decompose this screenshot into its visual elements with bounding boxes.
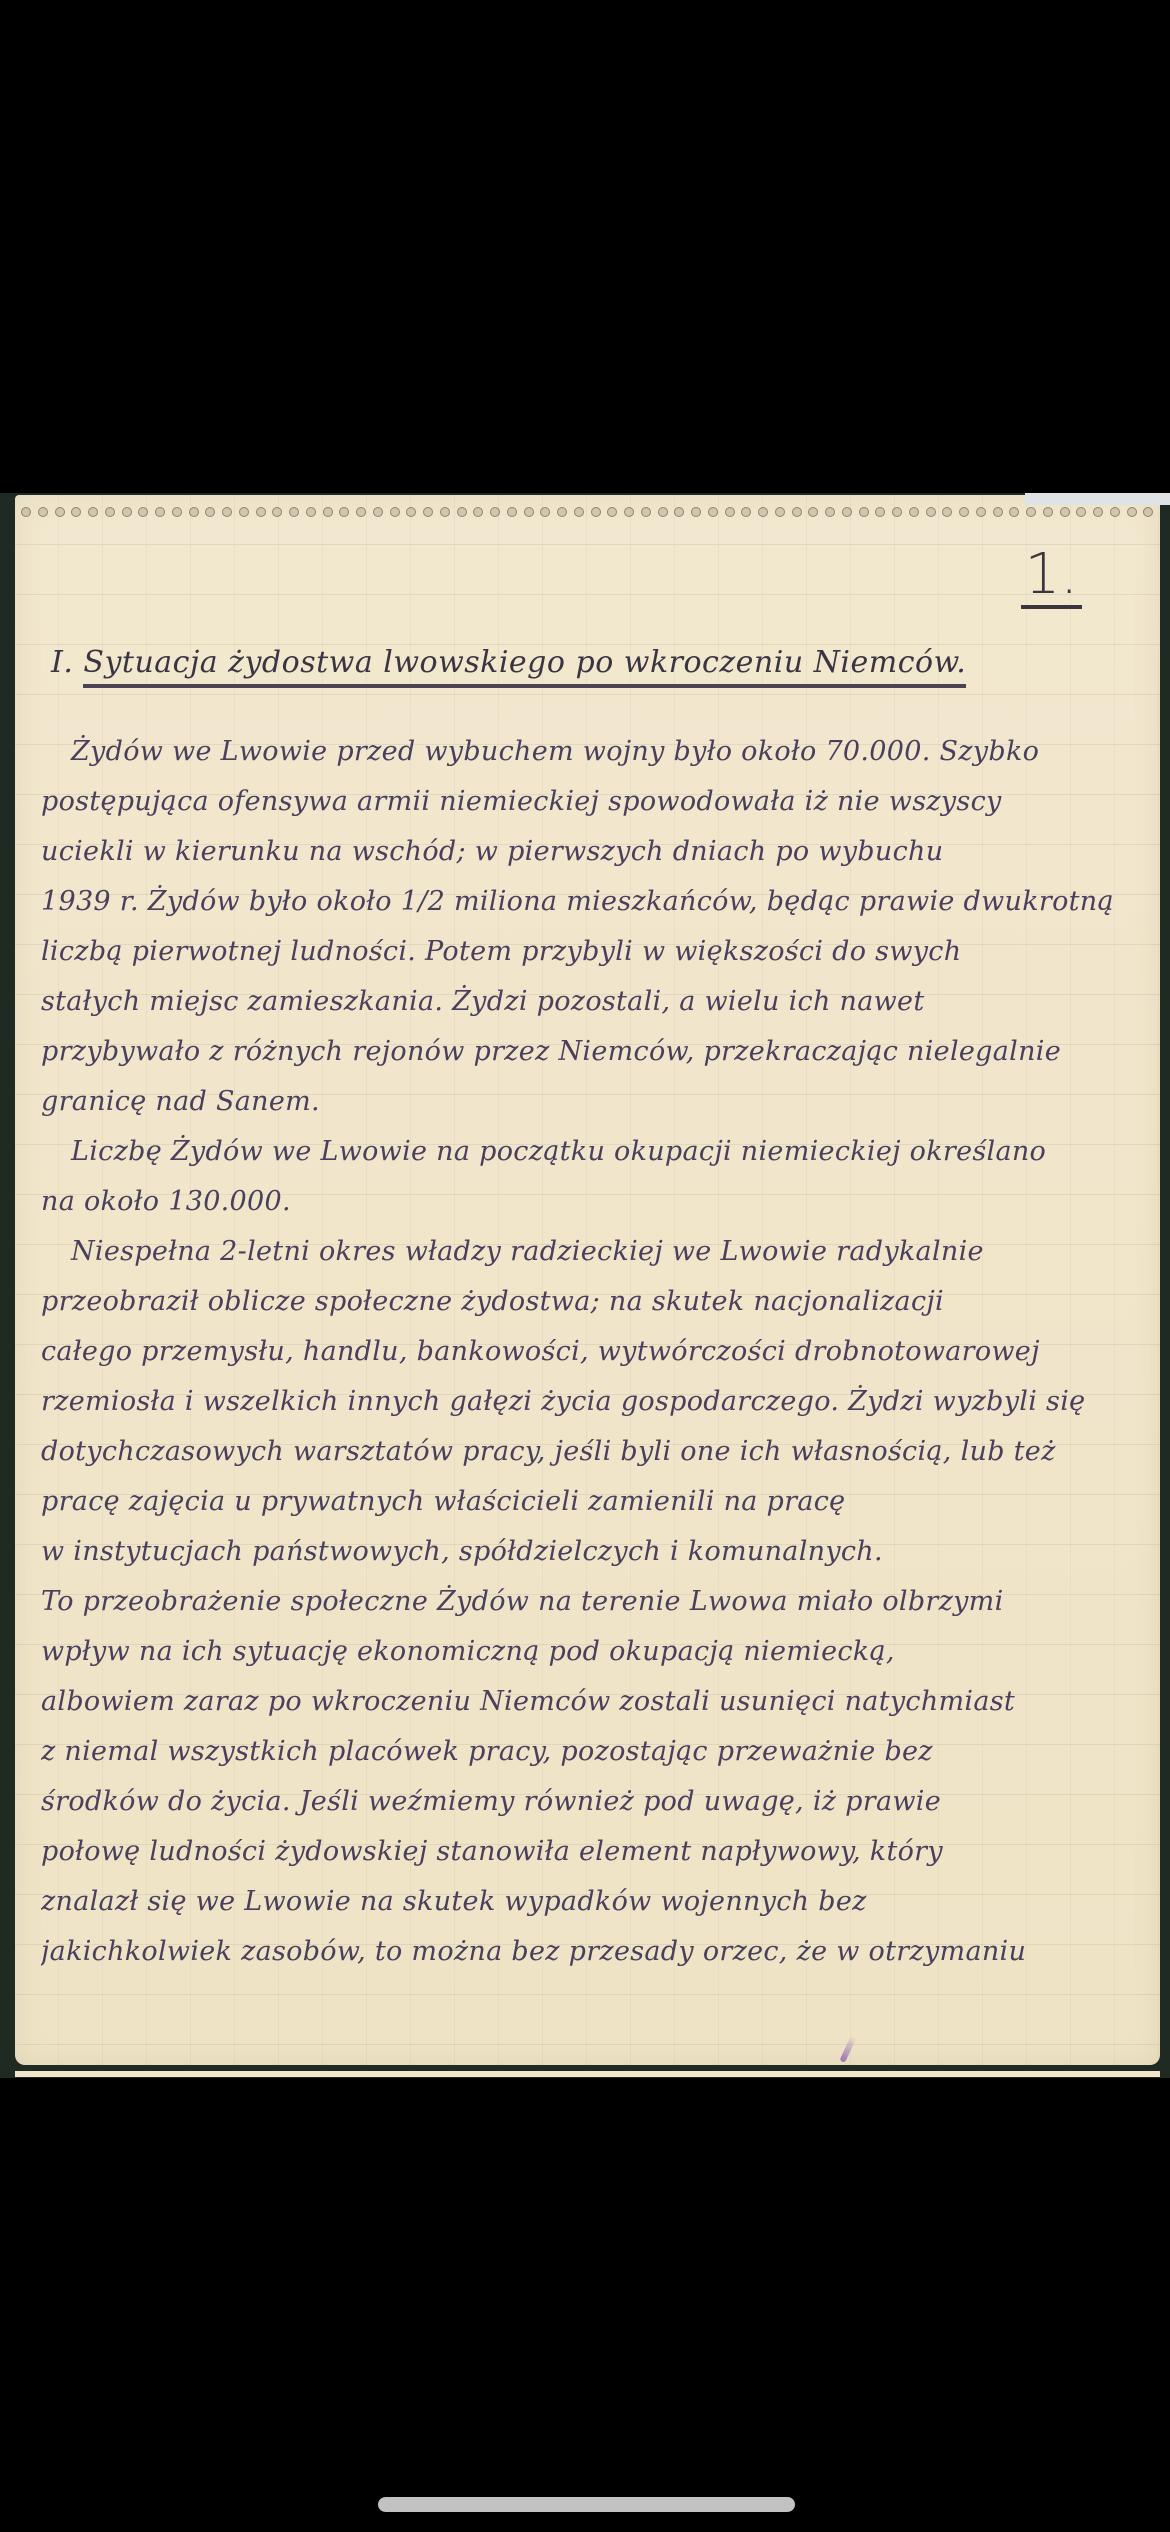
handwritten-body: Żydów we Lwowie przed wybuchem wojny był… (41, 727, 1151, 1977)
section-numeral: I. (51, 645, 73, 680)
text-line: rzemiosła i wszelkich innych gałęzi życi… (41, 1377, 1151, 1427)
text-line: znalazł się we Lwowie na skutek wypadków… (41, 1877, 1151, 1927)
spiral-perforation (21, 505, 1154, 519)
text-line: Liczbę Żydów we Lwowie na początku okupa… (41, 1127, 1151, 1177)
text-line: postępująca ofensywa armii niemieckiej s… (41, 777, 1151, 827)
text-line: Niespełna 2-letni okres władzy radziecki… (41, 1227, 1151, 1277)
ink-stain (839, 2035, 856, 2063)
text-line: uciekli w kierunku na wschód; w pierwszy… (41, 827, 1151, 877)
next-page-edge (15, 2071, 1160, 2077)
text-line: albowiem zaraz po wkroczeniu Niemców zos… (41, 1677, 1151, 1727)
text-line: liczbą pierwotnej ludności. Potem przyby… (41, 927, 1151, 977)
text-line: przeobraził oblicze społeczne żydostwa; … (41, 1277, 1151, 1327)
text-line: połowę ludności żydowskiej stanowiła ele… (41, 1827, 1151, 1877)
text-line: granicę nad Sanem. (41, 1077, 1151, 1127)
text-line: 1939 r. Żydów było około 1/2 miliona mie… (41, 877, 1151, 927)
text-line: wpływ na ich sytuację ekonomiczną pod ok… (41, 1627, 1151, 1677)
text-line: środków do życia. Jeśli weźmiemy również… (41, 1777, 1151, 1827)
section-title: Sytuacja żydostwa lwowskiego po wkroczen… (83, 645, 966, 688)
text-line: przybywało z różnych rejonów przez Niemc… (41, 1027, 1151, 1077)
text-line: To przeobrażenie społeczne Żydów na tere… (41, 1577, 1151, 1627)
text-line: pracę zajęcia u prywatnych właścicieli z… (41, 1477, 1151, 1527)
text-line: jakichkolwiek zasobów, to można bez prze… (41, 1927, 1151, 1977)
document-photo[interactable]: 1. I.Sytuacja żydostwa lwowskiego po wkr… (0, 493, 1170, 2078)
document-viewer: 1. I.Sytuacja żydostwa lwowskiego po wkr… (0, 0, 1170, 2532)
text-line: stałych miejsc zamieszkania. Żydzi pozos… (41, 977, 1151, 1027)
section-heading: I.Sytuacja żydostwa lwowskiego po wkrocz… (51, 645, 1031, 680)
text-line: w instytucjach państwowych, spółdzielczy… (41, 1527, 1151, 1577)
text-line: całego przemysłu, handlu, bankowości, wy… (41, 1327, 1151, 1377)
home-indicator[interactable] (378, 2497, 795, 2512)
page-number: 1. (1021, 547, 1082, 609)
text-line: Żydów we Lwowie przed wybuchem wojny był… (41, 727, 1151, 777)
text-line: z niemal wszystkich placówek pracy, pozo… (41, 1727, 1151, 1777)
text-line: dotychczasowych warsztatów pracy, jeśli … (41, 1427, 1151, 1477)
text-line: na około 130.000. (41, 1177, 1151, 1227)
notebook-page: 1. I.Sytuacja żydostwa lwowskiego po wkr… (15, 495, 1160, 2065)
paper-strip (1025, 493, 1170, 505)
